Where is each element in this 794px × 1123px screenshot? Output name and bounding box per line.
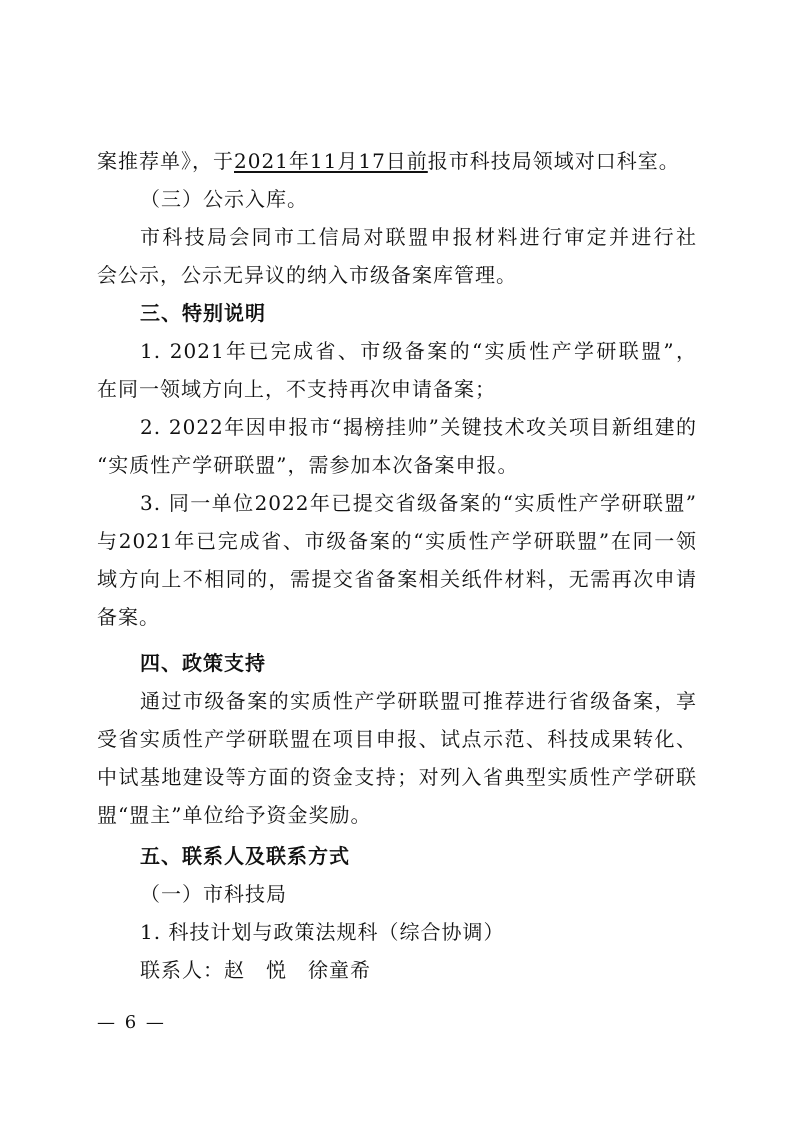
paragraph-line: 中试基地建设等方面的资金支持；对列入省典型实质性产学研联: [97, 764, 697, 790]
paragraph-line: 市科技局会同市工信局对联盟申报材料进行审定并进行社: [140, 224, 697, 250]
paragraph-line: 会公示，公示无异议的纳入市级备案库管理。: [97, 262, 697, 288]
text-segment: 案推荐单》，于: [97, 149, 234, 173]
section-heading-special-notes: 三、特别说明: [140, 300, 697, 326]
document-page: 案推荐单》，于2021年11月17日前报市科技局领域对口科室。 （三）公示入库。…: [0, 0, 794, 1123]
paragraph-line: 域方向上不相同的，需提交省备案相关纸件材料，无需再次申请: [97, 566, 697, 592]
page-number: — 6 —: [97, 1012, 166, 1033]
paragraph-line: 盟“盟主”单位给予资金奖励。: [97, 802, 697, 828]
paragraph-line: 2. 2022年因申报市“揭榜挂帅”关键技术攻关项目新组建的: [140, 414, 697, 440]
paragraph-line: “实质性产学研联盟”，需参加本次备案申报。: [97, 452, 697, 478]
subsection-heading-publicity: （三）公示入库。: [140, 186, 697, 212]
subsection-heading-city-tech-bureau: （一）市科技局: [140, 881, 697, 907]
paragraph-line: 受省实质性产学研联盟在项目申报、试点示范、科技成果转化、: [97, 726, 697, 752]
paragraph-line: 在同一领域方向上，不支持再次申请备案；: [97, 376, 697, 402]
section-heading-contacts: 五、联系人及联系方式: [140, 843, 697, 869]
section-heading-policy-support: 四、政策支持: [140, 650, 697, 676]
paragraph-line: 1. 2021年已完成省、市级备案的“实质性产学研联盟”，: [140, 338, 697, 364]
paragraph-line: 3. 同一单位2022年已提交省级备案的“实质性产学研联盟”: [140, 490, 697, 516]
text-segment: 报市科技局领域对口科室。: [428, 149, 680, 173]
paragraph-line: 备案。: [97, 604, 697, 630]
paragraph-line: 通过市级备案的实质性产学研联盟可推荐进行省级备案，享: [140, 688, 697, 714]
paragraph-line: 1. 科技计划与政策法规科（综合协调）: [140, 919, 697, 945]
contact-persons: 联系人：赵 悦 徐童希: [140, 957, 697, 983]
paragraph-line: 与2021年已完成省、市级备案的“实质性产学研联盟”在同一领: [97, 528, 697, 554]
paragraph-line-deadline: 案推荐单》，于2021年11月17日前报市科技局领域对口科室。: [97, 148, 697, 174]
deadline-date: 2021年11月17日前: [234, 149, 428, 173]
